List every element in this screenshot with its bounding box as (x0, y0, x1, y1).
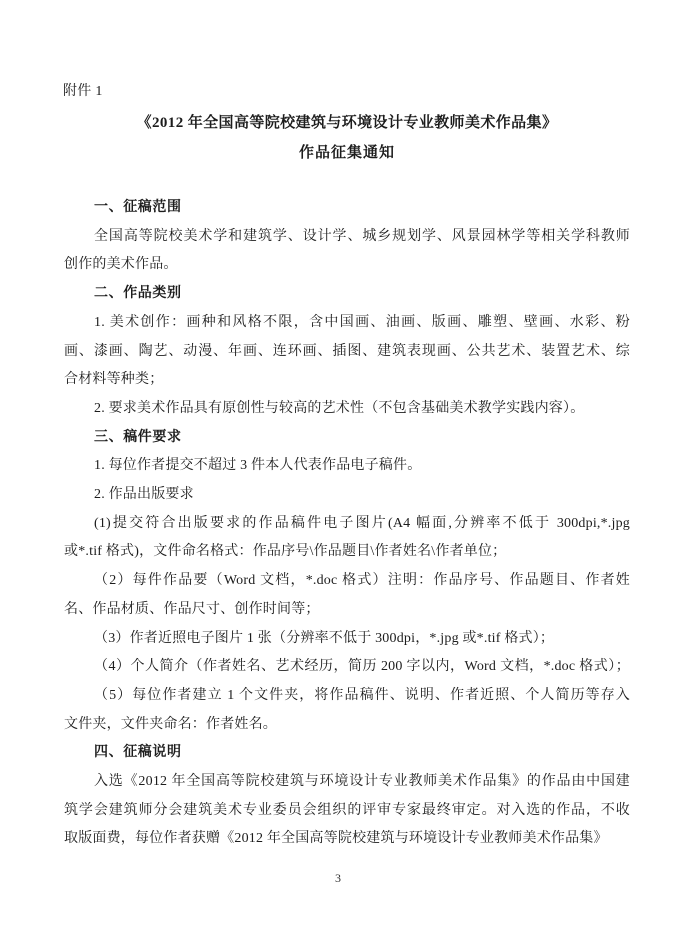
text-line: 入选《2012 年全国高等院校建筑与环境设计专业教师美术作品集》的作品由中国建 (64, 768, 630, 797)
text-line: (1)提交符合出版要求的作品稿件电子图片(A4 幅面,分辨率不低于 300dpi… (64, 510, 630, 539)
section-heading: 四、征稿说明 (64, 739, 630, 768)
text-line: 名、作品材质、作品尺寸、创作时间等； (64, 596, 630, 625)
text-line: （4）个人简介（作者姓名、艺术经历，简历 200 字以内，Word 文档，*.d… (64, 653, 630, 682)
text-line: 合材料等种类； (64, 366, 630, 395)
text-line: 文件夹，文件夹命名：作者姓名。 (64, 711, 630, 740)
text-line: 1. 美术创作：画种和风格不限，含中国画、油画、版画、雕塑、壁画、水彩、粉 (64, 309, 630, 338)
text-line: 2. 要求美术作品具有原创性与较高的艺术性（不包含基础美术教学实践内容）。 (64, 395, 630, 424)
text-line: 1. 每位作者提交不超过 3 件本人代表作品电子稿件。 (64, 452, 630, 481)
document-title: 《2012 年全国高等院校建筑与环境设计专业教师美术作品集》 (0, 113, 694, 133)
page-number: 3 (0, 871, 676, 886)
text-line: 2. 作品出版要求 (64, 481, 630, 510)
text-line: 或*.tif 格式)，文件命名格式：作品序号\作品题目\作者姓名\作者单位； (64, 538, 630, 567)
text-line: 创作的美术作品。 (64, 251, 630, 280)
text-line: （2）每件作品要（Word 文档，*.doc 格式）注明：作品序号、作品题目、作… (64, 567, 630, 596)
section-heading: 二、作品类别 (64, 280, 630, 309)
document-page: 附件 1 《2012 年全国高等院校建筑与环境设计专业教师美术作品集》 作品征集… (0, 0, 694, 948)
text-line: 画、漆画、陶艺、动漫、年画、连环画、插图、建筑表现画、公共艺术、装置艺术、综 (64, 338, 630, 367)
attachment-label: 附件 1 (63, 83, 103, 101)
text-line: 取版面费，每位作者获赠《2012 年全国高等院校建筑与环境设计专业教师美术作品集… (64, 825, 630, 854)
text-line: （3）作者近照电子图片 1 张（分辨率不低于 300dpi，*.jpg 或*.t… (64, 625, 630, 654)
document-subtitle: 作品征集通知 (0, 143, 694, 163)
text-line: （5）每位作者建立 1 个文件夹，将作品稿件、说明、作者近照、个人简历等存入 (64, 682, 630, 711)
section-heading: 三、稿件要求 (64, 424, 630, 453)
text-line: 筑学会建筑师分会建筑美术专业委员会组织的评审专家最终审定。对入选的作品，不收 (64, 797, 630, 826)
text-line: 全国高等院校美术学和建筑学、设计学、城乡规划学、风景园林学等相关学科教师 (64, 223, 630, 252)
document-body: 一、征稿范围全国高等院校美术学和建筑学、设计学、城乡规划学、风景园林学等相关学科… (64, 194, 630, 854)
section-heading: 一、征稿范围 (64, 194, 630, 223)
